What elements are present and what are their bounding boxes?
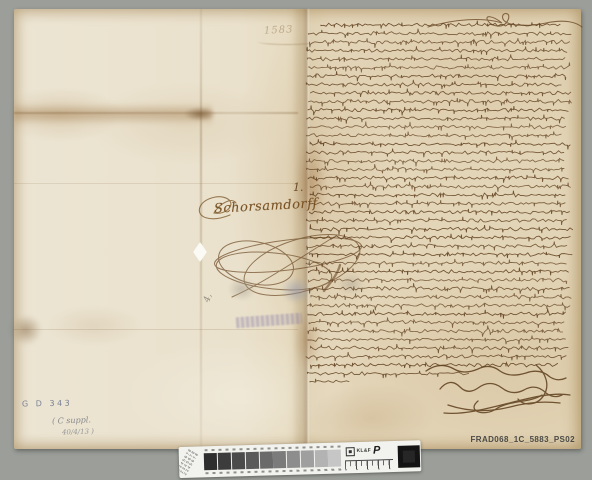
horizontal-fold-crease xyxy=(14,183,298,184)
edge-stain xyxy=(10,315,42,345)
header-flourish xyxy=(426,9,584,37)
calibration-strip: 234567823456782345678 KL&F P xyxy=(179,440,422,478)
horizontal-stain-band xyxy=(14,103,212,125)
calibration-ruler xyxy=(345,459,393,470)
calibration-logo-area: KL&F P xyxy=(342,441,395,473)
gray-patch xyxy=(204,453,217,470)
calibration-strip-index: 234567823456782345678 xyxy=(179,446,204,478)
docket-number: 1. xyxy=(293,181,304,194)
stain-blotch xyxy=(184,107,216,121)
faint-underline-swash xyxy=(258,39,316,45)
faded-seal-remnant xyxy=(281,277,311,304)
faint-year-inscription: 1583 xyxy=(264,24,294,37)
gray-patch xyxy=(301,450,314,467)
grayscale-patches xyxy=(203,442,344,477)
horizontal-fold-crease xyxy=(14,329,298,330)
horizontal-fold-crease xyxy=(14,112,298,114)
gray-patch xyxy=(314,450,327,467)
vertical-fold-crease xyxy=(200,9,202,449)
faded-seal-remnant xyxy=(338,273,364,295)
archival-scan: 1583 1. Schorsamdorff 4, xyxy=(0,0,592,480)
leaf-edge-shadow xyxy=(292,9,310,449)
manuscript-text-block xyxy=(304,15,578,407)
pencil-note-line2: 40/4/13 ) xyxy=(62,427,94,436)
gray-patch xyxy=(273,451,286,468)
black-reference-patch xyxy=(397,445,420,468)
gray-patch xyxy=(287,451,300,468)
gray-patch xyxy=(232,452,245,469)
gray-patch xyxy=(259,451,272,468)
logo-square-icon xyxy=(345,447,354,456)
pencil-shelfmark: G D 343 xyxy=(22,399,72,409)
gray-patch xyxy=(218,453,231,470)
scan-reference-label: FRAD068_1C_5883_PS02 xyxy=(470,435,575,444)
calibration-logo-text: KL&F xyxy=(356,448,371,454)
faded-seal-remnant xyxy=(228,277,256,301)
signature-flourish xyxy=(418,359,582,421)
pencil-numeral: 4, xyxy=(202,292,214,303)
gray-patch xyxy=(245,452,258,469)
repair-diamond-sticker xyxy=(193,242,207,262)
pencil-note-line1: ( C suppl. xyxy=(52,415,91,425)
manuscript-paper: 1583 1. Schorsamdorff 4, xyxy=(14,9,581,449)
calibration-logo-letter: P xyxy=(373,445,381,455)
gray-patch xyxy=(328,449,341,466)
